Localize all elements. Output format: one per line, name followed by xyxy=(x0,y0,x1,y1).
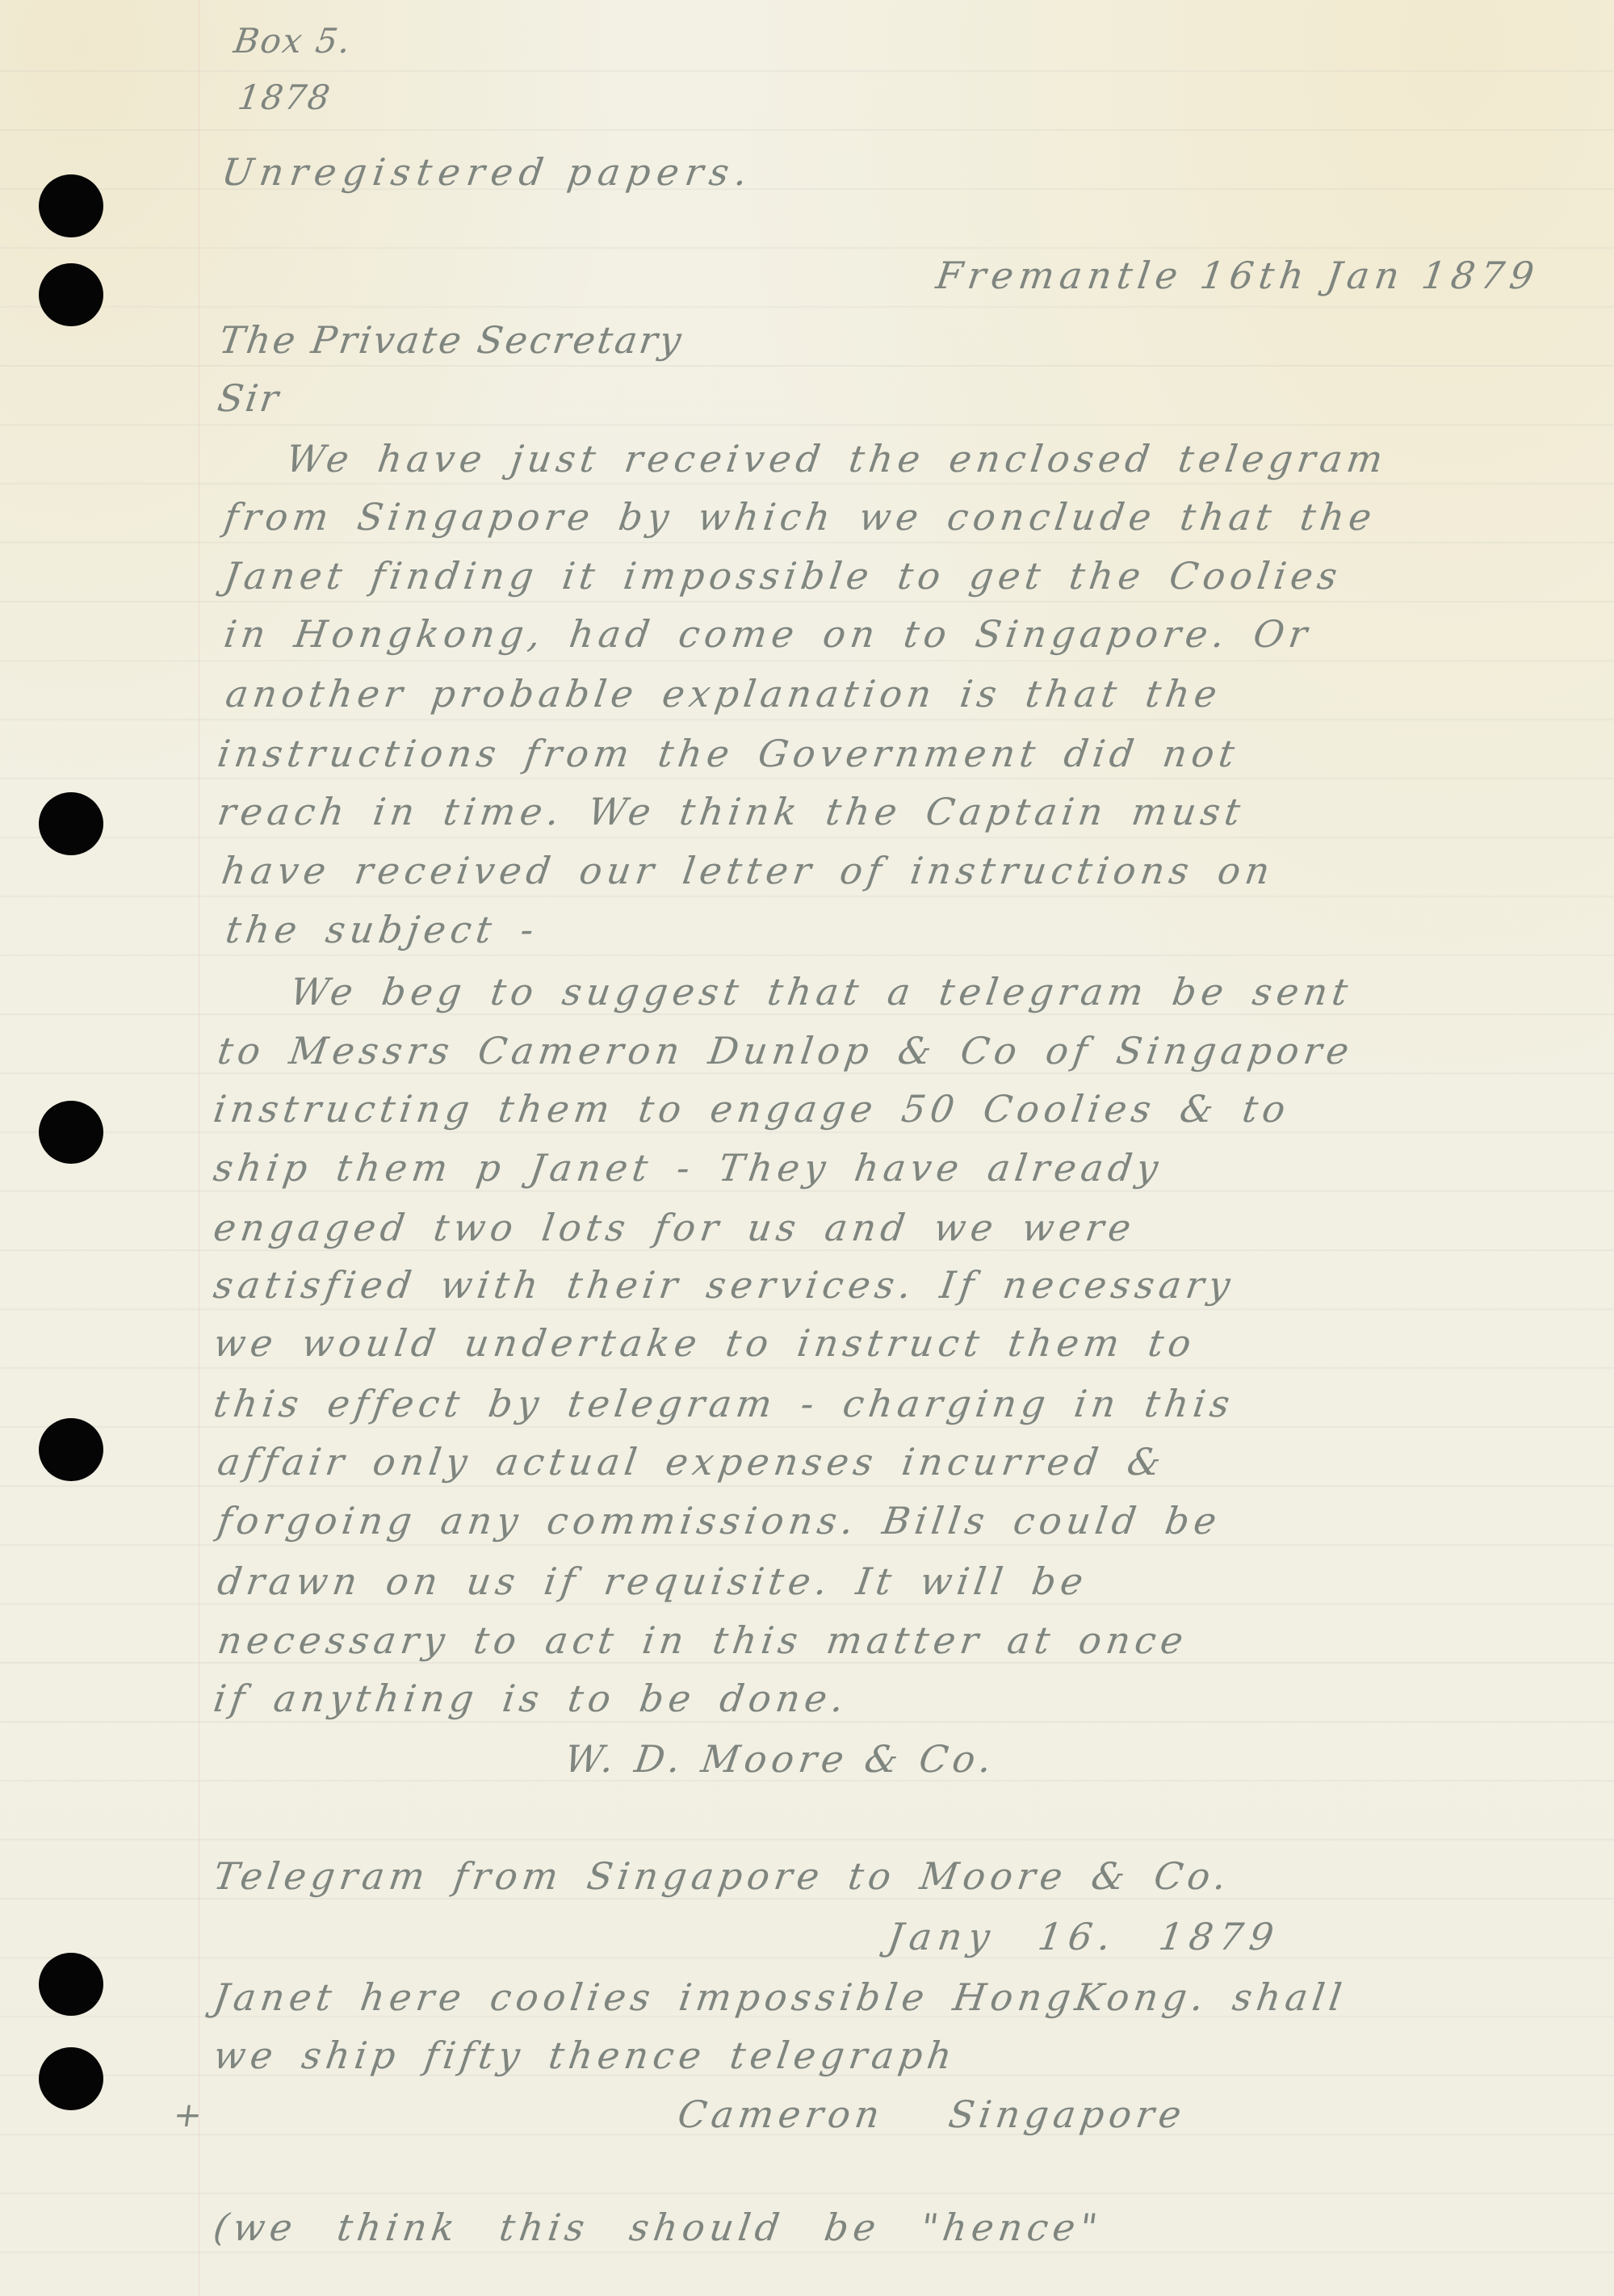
punch-hole xyxy=(39,263,103,326)
letter-signature: W. D. Moore & Co. xyxy=(563,1740,999,1778)
letter-line: instructions from the Government did not xyxy=(216,735,1242,772)
margin-line xyxy=(199,0,199,2296)
letter-line: from Singapore by which we conclude that… xyxy=(222,498,1379,535)
letter-line: affair only actual expenses incurred & xyxy=(216,1443,1168,1480)
telegram-marker: + xyxy=(171,2098,206,2132)
letter-addressee: The Private Secretary xyxy=(217,321,686,359)
letter-line: We beg to suggest that a telegram be sen… xyxy=(288,973,1355,1010)
letter-line: we would undertake to instruct them to xyxy=(212,1324,1198,1362)
telegram-heading: Telegram from Singapore to Moore & Co. xyxy=(212,1857,1234,1895)
letter-line: to Messrs Cameron Dunlop & Co of Singapo… xyxy=(216,1032,1356,1069)
letter-place-date: Fremantle 16th Jan 1879 xyxy=(934,257,1542,294)
telegram-line: Janet here coolies impossible HongKong. … xyxy=(212,1979,1349,2016)
letter-line: if anything is to be done. xyxy=(212,1680,851,1717)
letter-line: necessary to act in this matter at once xyxy=(216,1622,1190,1659)
archive-label-note: Unregistered papers. xyxy=(220,153,757,191)
punch-hole xyxy=(39,2047,103,2110)
letter-line: have received our letter of instructions… xyxy=(220,852,1277,889)
letter-line: the subject - xyxy=(224,911,541,948)
letter-line: reach in time. We think the Captain must xyxy=(216,793,1247,830)
letter-line: engaged two lots for us and we were xyxy=(212,1209,1138,1246)
letter-line: ship them p Janet - They have already xyxy=(212,1149,1165,1186)
telegram-sender: Cameron Singapore xyxy=(676,2096,1188,2133)
letter-line: instructing them to engage 50 Coolies & … xyxy=(212,1090,1293,1127)
archive-box-note: Box 5. xyxy=(232,24,354,58)
letter-line: another probable explanation is that the xyxy=(224,675,1224,712)
archive-year-note: 1878 xyxy=(236,81,333,115)
punch-hole xyxy=(39,792,103,855)
letter-salutation: Sir xyxy=(216,380,283,417)
punch-hole xyxy=(39,1953,103,2016)
letter-line: this effect by telegram - charging in th… xyxy=(212,1385,1237,1422)
letter-line: forgoing any commissions. Bills could be xyxy=(216,1502,1224,1539)
letter-line: Janet finding it impossible to get the C… xyxy=(222,557,1344,594)
punch-hole xyxy=(39,174,103,237)
letter-line: satisfied with their services. If necess… xyxy=(212,1266,1237,1303)
telegram-line: we ship fifty thence telegraph xyxy=(212,2037,959,2074)
footnote: (we think this should be "hence" xyxy=(212,2209,1105,2246)
letter-line: We have just received the enclosed teleg… xyxy=(284,440,1390,477)
letter-line: in Hongkong, had come on to Singapore. O… xyxy=(222,615,1314,653)
telegram-date: Jany 16. 1879 xyxy=(886,1918,1282,1955)
document-page: Box 5. 1878 Unregistered papers. Fremant… xyxy=(0,0,1614,2296)
punch-hole xyxy=(39,1101,103,1164)
letter-line: drawn on us if requisite. It will be xyxy=(216,1563,1090,1600)
punch-hole xyxy=(39,1418,103,1481)
